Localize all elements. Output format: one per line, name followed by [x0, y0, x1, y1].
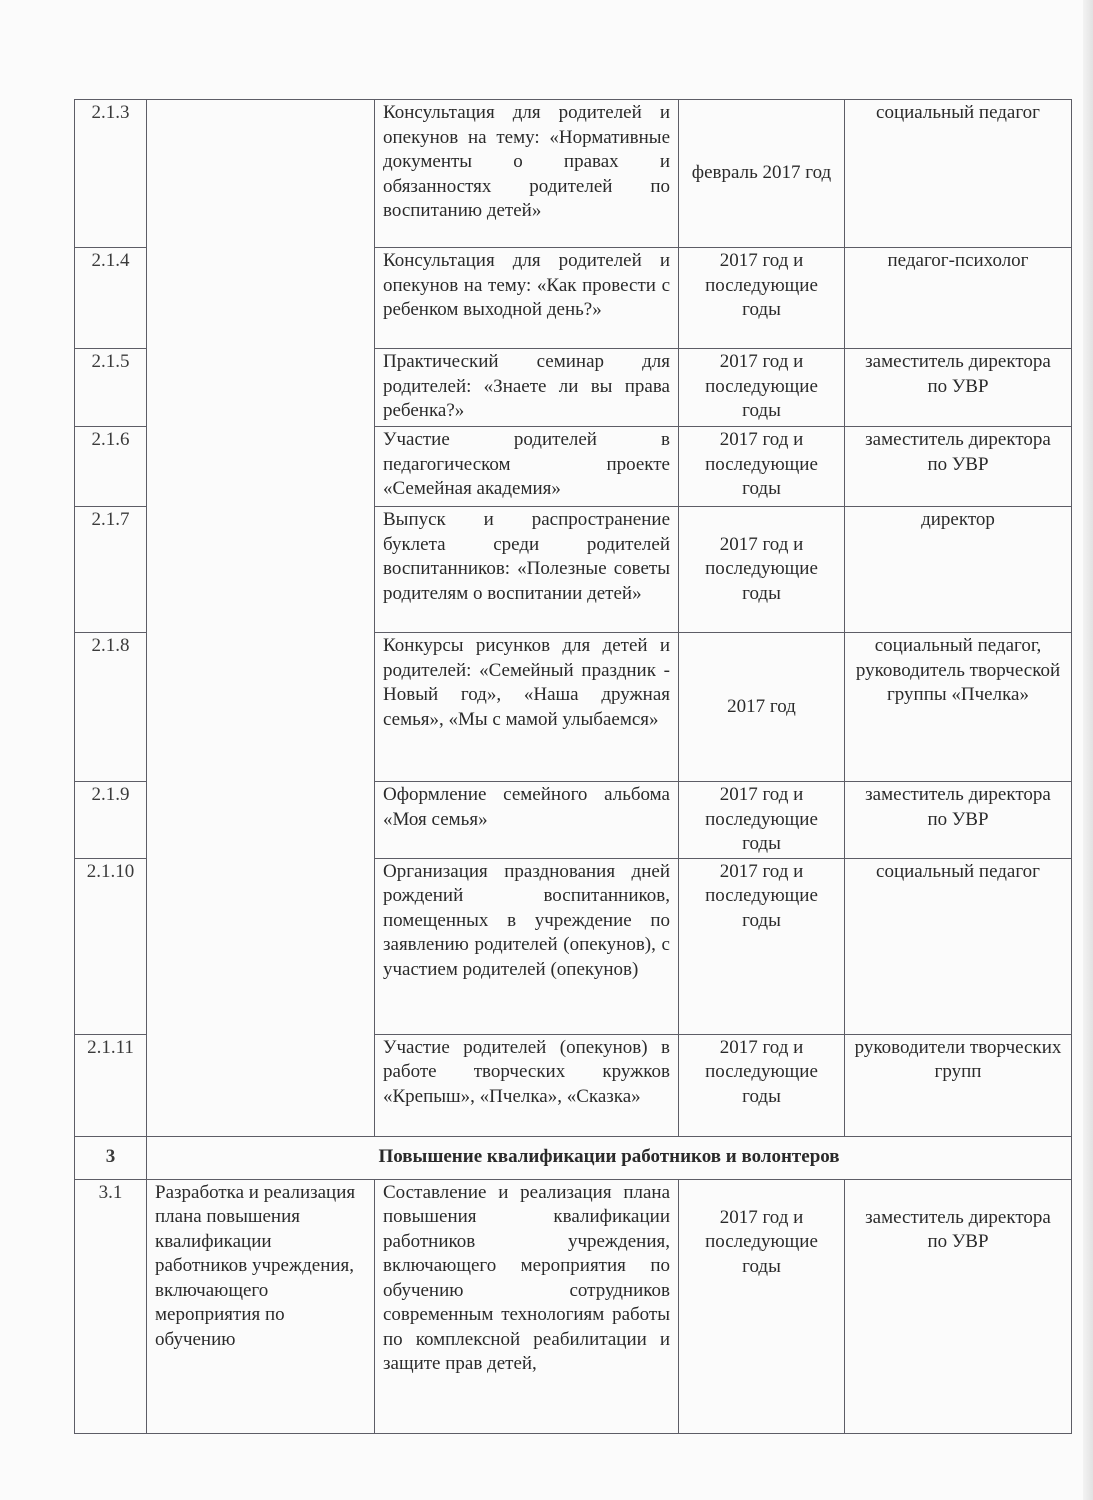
row-number: 2.1.9 — [75, 782, 147, 859]
row-number: 2.1.11 — [75, 1034, 147, 1136]
activity-responsible: заместитель директора по УВР — [845, 349, 1072, 427]
row-number: 2.1.6 — [75, 427, 147, 507]
activity-responsible: руководители творческих групп — [845, 1034, 1072, 1136]
activity-description: Консультация для родителей и опекунов на… — [375, 248, 679, 349]
row-number: 2.1.10 — [75, 858, 147, 1034]
row-number: 2.1.4 — [75, 248, 147, 349]
activity-description: Консультация для родителей и опекунов на… — [375, 100, 679, 248]
activity-term: 2017 год и последующие годы — [679, 427, 845, 507]
row-number: 2.1.5 — [75, 349, 147, 427]
activity-responsible: директор — [845, 507, 1072, 633]
activity-responsible: социальный педагог — [845, 858, 1072, 1034]
activity-term: 2017 год и последующие годы — [679, 782, 845, 859]
activity-term: 2017 год — [679, 633, 845, 782]
activity-term: 2017 год и последующие годы — [679, 858, 845, 1034]
section-number: 3 — [75, 1136, 147, 1179]
row-number: 2.1.3 — [75, 100, 147, 248]
activity-description: Конкурсы рисунков для детей и родителей:… — [375, 633, 679, 782]
activity-plan-table: 2.1.3 Консультация для родителей и опеку… — [74, 99, 1072, 1434]
task-cell-merged — [147, 100, 375, 1137]
activity-description: Выпуск и распространение буклета среди р… — [375, 507, 679, 633]
activity-description: Организация празднования дней рождений в… — [375, 858, 679, 1034]
activity-responsible: социальный педагог, руководитель творчес… — [845, 633, 1072, 782]
activity-term: 2017 год и последующие годы — [679, 1179, 845, 1433]
table-row: 2.1.3 Консультация для родителей и опеку… — [75, 100, 1072, 248]
activity-description: Составление и реализация плана повышения… — [375, 1179, 679, 1433]
task-description: Разработка и реализация плана повышения … — [147, 1179, 375, 1433]
page-edge — [1083, 0, 1093, 1500]
section-header-row: 3 Повышение квалификации работников и во… — [75, 1136, 1072, 1179]
activity-responsible: педагог-психолог — [845, 248, 1072, 349]
activity-responsible: заместитель директора по УВР — [845, 782, 1072, 859]
table-row: 3.1 Разработка и реализация плана повыше… — [75, 1179, 1072, 1433]
activity-term: 2017 год и последующие годы — [679, 507, 845, 633]
activity-description: Участие родителей (опекунов) в работе тв… — [375, 1034, 679, 1136]
activity-responsible: заместитель директора по УВР — [845, 1179, 1072, 1433]
activity-description: Участие родителей в педагогическом проек… — [375, 427, 679, 507]
activity-term: 2017 год и последующие годы — [679, 248, 845, 349]
row-number: 3.1 — [75, 1179, 147, 1433]
activity-responsible: заместитель директора по УВР — [845, 427, 1072, 507]
activity-responsible: социальный педагог — [845, 100, 1072, 248]
activity-term: февраль 2017 год — [679, 100, 845, 248]
row-number: 2.1.8 — [75, 633, 147, 782]
activity-description: Практический семинар для родителей: «Зна… — [375, 349, 679, 427]
activity-term: 2017 год и последующие годы — [679, 1034, 845, 1136]
section-title: Повышение квалификации работников и воло… — [147, 1136, 1072, 1179]
activity-description: Оформление семейного альбома «Моя семья» — [375, 782, 679, 859]
row-number: 2.1.7 — [75, 507, 147, 633]
activity-term: 2017 год и последующие годы — [679, 349, 845, 427]
